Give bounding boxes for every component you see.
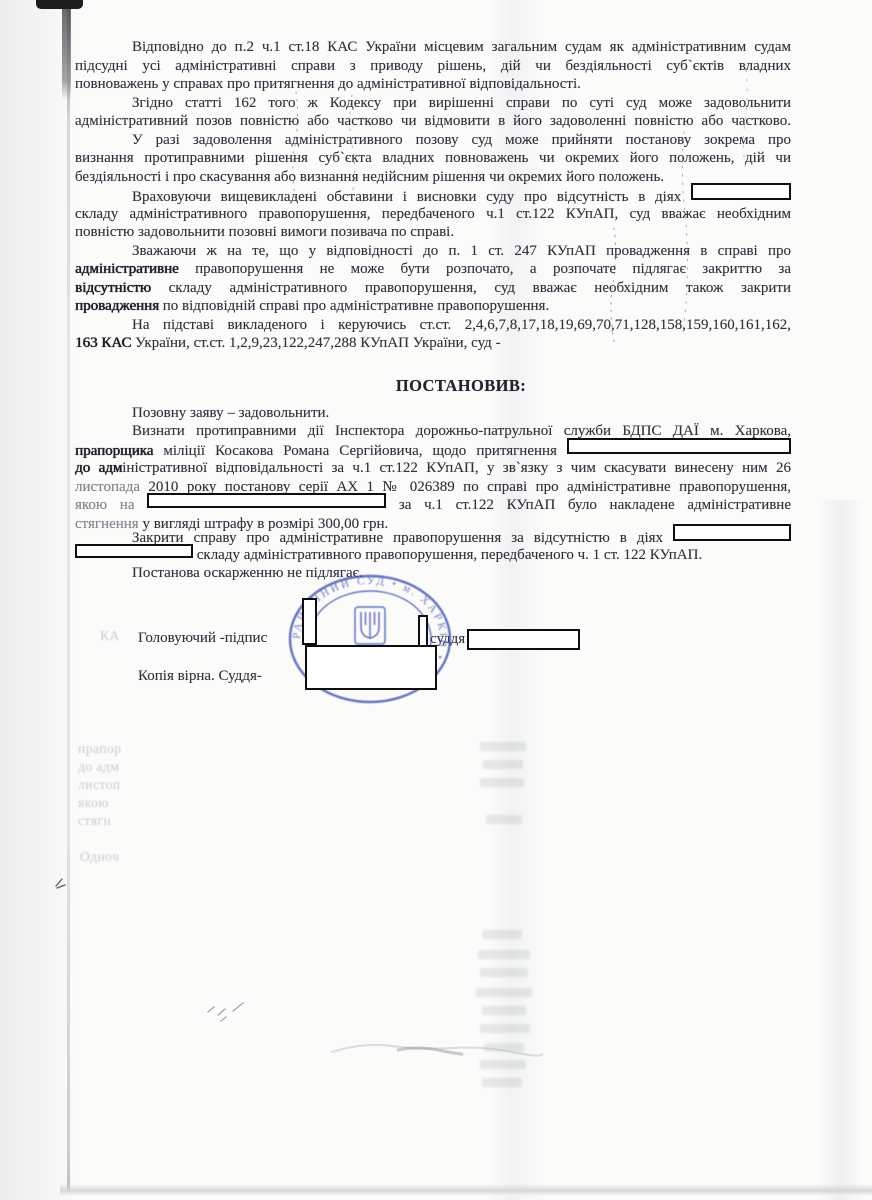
text-line: Зважаючи ж на те, що у відповідності до … bbox=[75, 242, 791, 260]
line-text: прапорщика bbox=[75, 443, 153, 459]
line-text: 163 КАС bbox=[75, 335, 131, 351]
line-text: правопорушення не може бути розпочато, а… bbox=[179, 261, 791, 277]
text-line: повністю задовольнити позовні вимоги поз… bbox=[75, 223, 791, 241]
line-text: по відповідній справі про адміністративн… bbox=[159, 298, 549, 314]
line-text: до адм bbox=[75, 460, 122, 476]
redaction-box bbox=[305, 645, 437, 690]
line-text: листопада bbox=[75, 479, 140, 495]
line-text: іністративної відповідальності за ч.1 ст… bbox=[122, 460, 791, 476]
trident-emblem-icon bbox=[355, 607, 385, 644]
text-line: визнання протиправними рішення суб`єкта … bbox=[75, 149, 791, 167]
redaction-box bbox=[75, 544, 193, 558]
text-line: адміністративний позов повністю або част… bbox=[75, 112, 791, 130]
line-text: Закрити справу про адміністративне право… bbox=[132, 530, 673, 546]
text-line: складу адміністративного правопорушення,… bbox=[75, 205, 791, 223]
line-text: складу адміністративного правопорушення,… bbox=[75, 206, 791, 222]
text-line: 163 КАС України, ст.ст. 1,2,9,23,122,247… bbox=[75, 334, 791, 352]
line-text: бездіяльності і про скасування або визна… bbox=[75, 169, 664, 185]
line-text: Враховуючи вищевикладені обставини і вис… bbox=[132, 189, 691, 205]
line-text: якою на bbox=[75, 497, 147, 513]
resolution-heading: ПОСТАНОВИВ: bbox=[103, 376, 819, 396]
text-line: підсудні усі адміністративні справи з пр… bbox=[75, 57, 791, 75]
text-line: У разі задоволення адміністративного поз… bbox=[75, 131, 791, 149]
line-text: повністю задовольнити позовні вимоги поз… bbox=[75, 224, 454, 240]
text-line: Згідно статті 162 того ж Кодексу при вир… bbox=[75, 94, 791, 112]
redaction-box bbox=[567, 438, 791, 454]
scanned-court-decision-page: { "document": { "heading": "ПОСТАНОВИВ:"… bbox=[0, 0, 872, 1200]
redaction-box bbox=[691, 183, 791, 200]
line-text: адміністративне bbox=[75, 261, 179, 277]
redaction-box bbox=[673, 524, 791, 541]
text-line: відсутністю складу адміністративного пра… bbox=[75, 279, 791, 297]
line-text: У разі задоволення адміністративного поз… bbox=[132, 132, 791, 148]
redaction-box bbox=[418, 615, 428, 647]
text-line: Відповідно до п.2 ч.1 ст.18 КАС України … bbox=[75, 38, 791, 56]
line-text: міліції Косакова Романа Сергійовича, щод… bbox=[153, 443, 567, 459]
line-text: Зважаючи ж на те, що у відповідності до … bbox=[132, 243, 791, 259]
text-line: На підставі викладеного і керуючись ст.с… bbox=[75, 316, 791, 334]
text-line: прапорщика міліції Косакова Романа Сергі… bbox=[75, 441, 791, 460]
text-line: Позовну заяву – задовольнити. bbox=[75, 404, 791, 422]
redaction-box bbox=[302, 598, 317, 645]
text-line: повноважень у справах про притягнення до… bbox=[75, 75, 791, 93]
line-text: визнання протиправними рішення суб`єкта … bbox=[75, 150, 791, 166]
text-line: бездіяльності і про скасування або визна… bbox=[75, 168, 791, 186]
text-line: до адміністративної відповідальності за … bbox=[75, 459, 791, 477]
copy-certification-line: Копія вірна. Суддя- bbox=[138, 668, 262, 685]
line-text: України, ст.ст. 1,2,9,23,122,247,288 КУп… bbox=[131, 335, 500, 351]
line-text: Позовну заяву – задовольнити. bbox=[132, 405, 329, 421]
presiding-judge-line: Головуючий -підпис bbox=[138, 630, 267, 647]
line-text: за ч.1 ст.122 КУпАП було накладене адмін… bbox=[386, 497, 791, 513]
text-line: Враховуючи вищевикладені обставини і вис… bbox=[75, 186, 791, 206]
redaction-box bbox=[147, 493, 386, 508]
line-text: провадження bbox=[75, 298, 159, 314]
text-line: адміністративне правопорушення не може б… bbox=[75, 260, 791, 278]
redaction-box bbox=[467, 629, 580, 650]
line-text: На підставі викладеного і керуючись ст.с… bbox=[132, 317, 791, 333]
line-text: адміністративний позов повністю або част… bbox=[75, 113, 791, 129]
line-text: складу адміністративного правопорушення,… bbox=[151, 280, 791, 296]
text-line: провадження по відповідній справі про ад… bbox=[75, 297, 791, 315]
text-line: якою на за ч.1 ст.122 КУпАП було накладе… bbox=[75, 496, 791, 514]
line-text: підсудні усі адміністративні справи з пр… bbox=[75, 58, 791, 74]
line-text: відсутністю bbox=[75, 280, 151, 296]
line-text: Згідно статті 162 того ж Кодексу при вир… bbox=[132, 95, 791, 111]
line-text: повноважень у справах про притягнення до… bbox=[75, 76, 581, 92]
line-text: Відповідно до п.2 ч.1 ст.18 КАС України … bbox=[132, 39, 791, 55]
